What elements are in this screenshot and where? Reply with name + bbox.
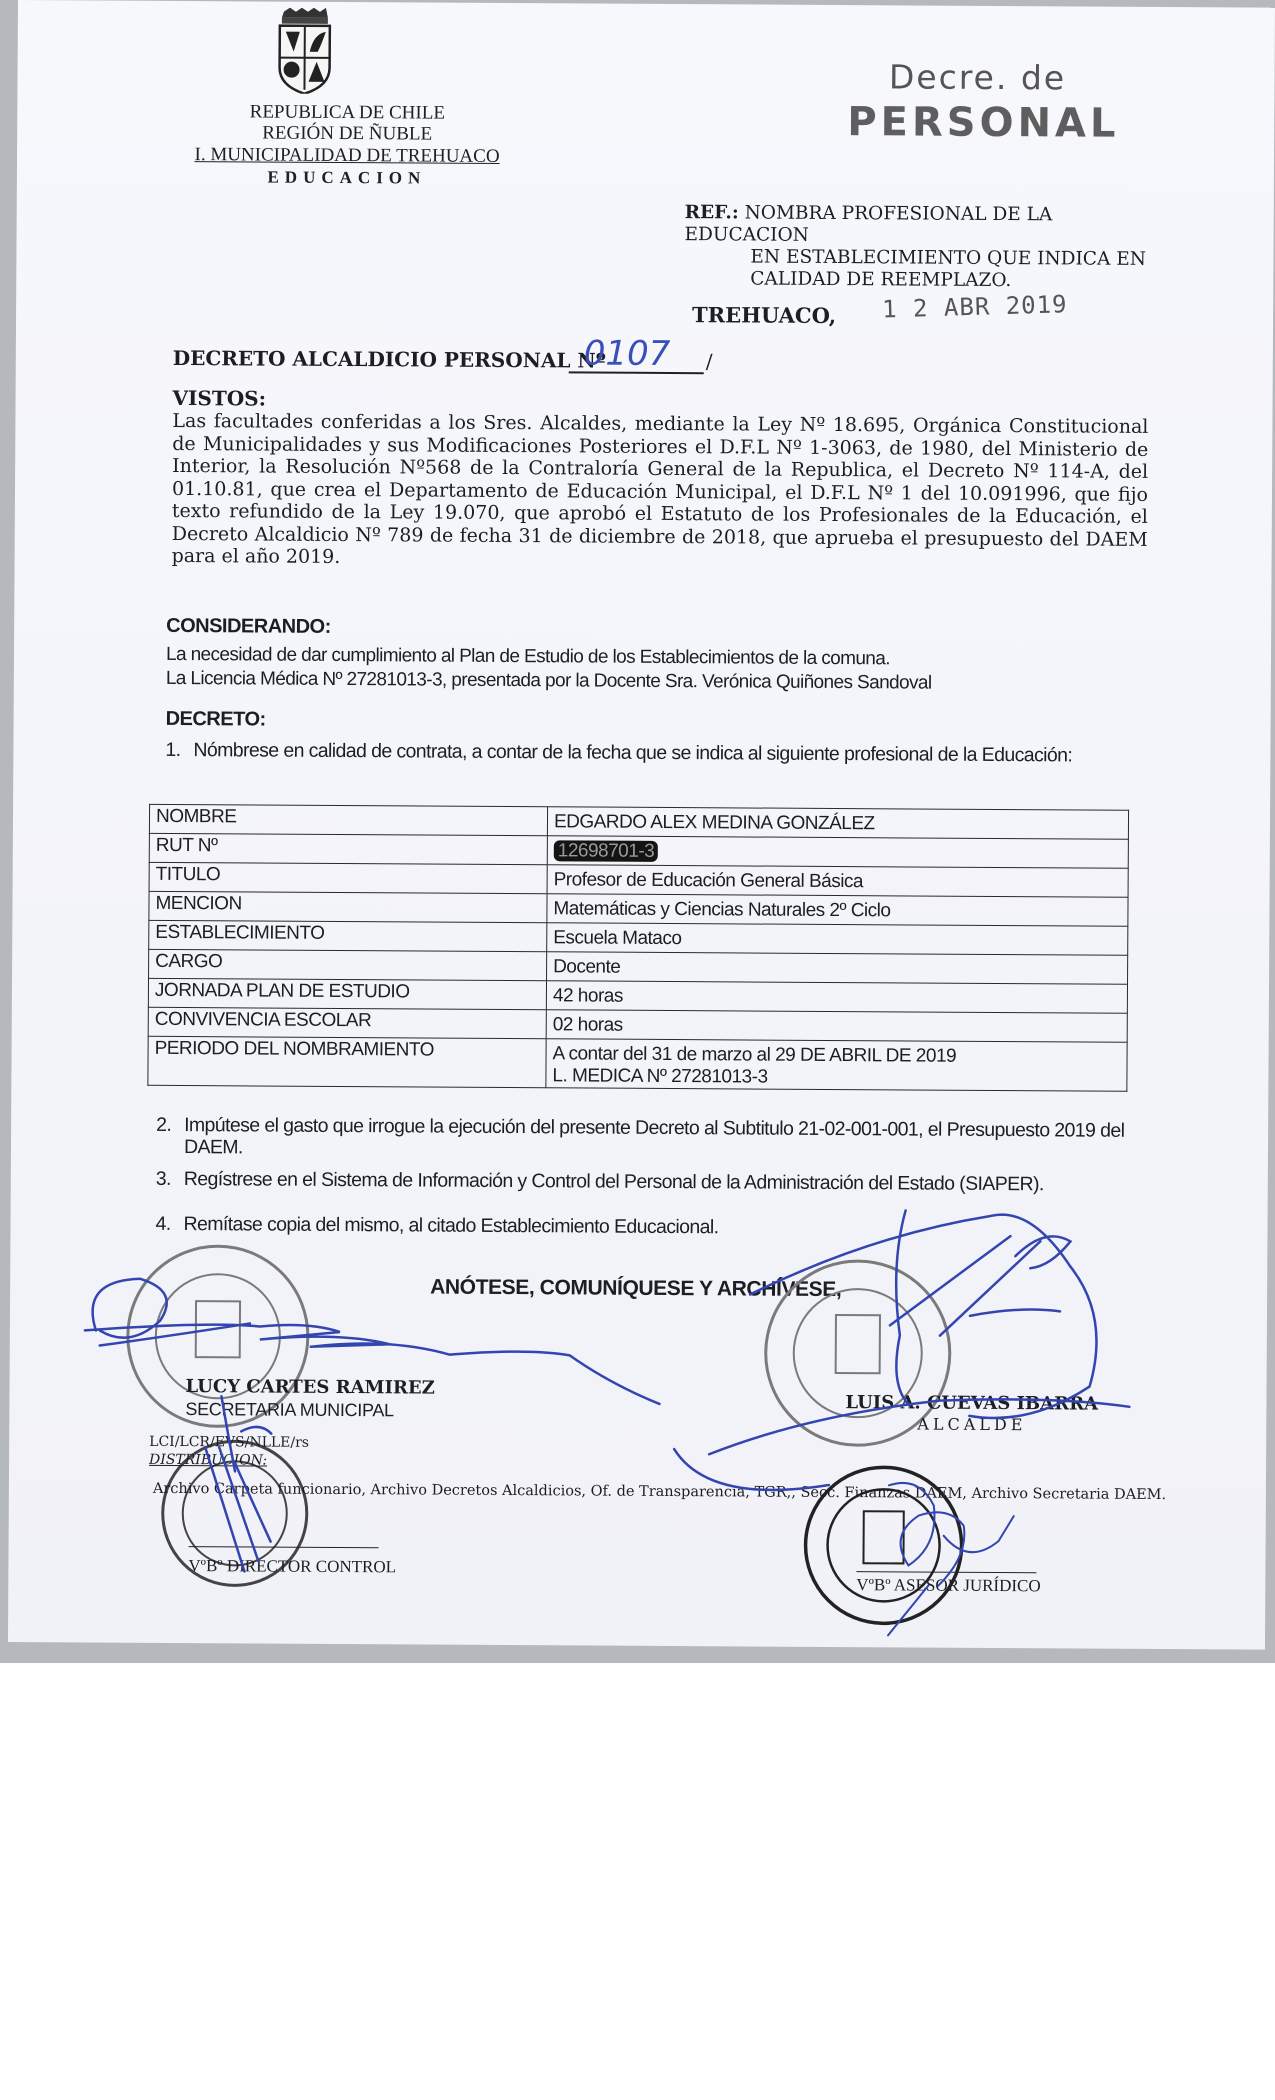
row-label: CARGO: [149, 949, 547, 980]
row-value: Escuela Mataco: [547, 923, 1128, 956]
row-label: RUT Nº: [149, 833, 547, 864]
secretary-role: SECRETARIA MUNICIPAL: [185, 1399, 393, 1421]
distribution-label: DISTRIBUCION:: [149, 1452, 267, 1469]
closing-formula: ANÓTESE, COMUNÍQUESE Y ARCHÍVESE,: [430, 1276, 841, 1303]
legal-approval-label: VºBº ASESOR JURÍDICO: [856, 1575, 1040, 1596]
vistos-title: VISTOS:: [172, 386, 266, 411]
row-label: PERIODO DEL NOMBRAMIENTO: [148, 1036, 546, 1087]
redacted-rut: 12698701-3: [554, 840, 659, 862]
legal-signature-icon: [888, 1483, 1014, 1636]
reference-line-1: NOMBRA PROFESIONAL DE LA EDUCACION: [685, 202, 1053, 245]
document-page: REPUBLICA DE CHILE REGIÓN DE ÑUBLE I. MU…: [8, 0, 1275, 1650]
item-text: Remítase copia del mismo, al citado Esta…: [155, 1213, 1155, 1241]
header-republic: REPUBLICA DE CHILE: [167, 101, 527, 124]
row-label: CONVIVENCIA ESCOLAR: [148, 1007, 546, 1038]
row-value: 42 horas: [546, 981, 1127, 1014]
decree-number-handwritten: 0107: [584, 333, 671, 374]
header-department: EDUCACION: [167, 166, 527, 189]
row-value: Docente: [547, 952, 1128, 985]
date-stamp: 1 2 ABR 2019: [882, 290, 1068, 323]
decree-item-3: 3. Regístrese en el Sistema de Informaci…: [156, 1168, 1166, 1196]
row-value: A contar del 31 de marzo al 29 DE ABRIL …: [546, 1039, 1127, 1092]
row-label: ESTABLECIMIENTO: [149, 920, 547, 951]
city-label: TREHUACO,: [692, 302, 836, 328]
item-text: Impútese el gasto que irrogue la ejecuci…: [156, 1114, 1156, 1164]
header-region: REGIÓN DE ÑUBLE: [167, 122, 527, 145]
reference-label: REF.:: [685, 202, 739, 223]
item-text: Nómbrese en calidad de contrata, a conta…: [165, 739, 1155, 767]
row-value: Matemáticas y Ciencias Naturales 2º Cicl…: [547, 894, 1128, 927]
mayor-name: LUIS A. CUEVAS IBARRA: [845, 1392, 1098, 1415]
decree-item-1: 1. Nómbrese en calidad de contrata, a co…: [165, 739, 1155, 767]
item-number: 1.: [165, 739, 180, 761]
row-value: Profesor de Educación General Básica: [547, 865, 1128, 898]
distribution-list: Archivo Carpeta funcionario, Archivo Dec…: [153, 1481, 1166, 1503]
item-number: 3.: [156, 1168, 171, 1190]
appointment-table: NOMBREEDGARDO ALEX MEDINA GONZÁLEZ RUT N…: [147, 804, 1129, 1092]
medical-license-text: L. MEDICA Nº 27281013-3: [552, 1065, 1120, 1090]
row-label: JORNADA PLAN DE ESTUDIO: [148, 978, 546, 1009]
type-stamp-line2: PERSONAL: [847, 99, 1107, 147]
considerando-line-2: La Licencia Médica Nº 27281013-3, presen…: [166, 667, 1166, 697]
decree-slash: /: [706, 349, 713, 373]
item-text: Regístrese en el Sistema de Información …: [156, 1168, 1166, 1196]
header-municipality: I. MUNICIPALIDAD DE TREHUACO: [167, 144, 527, 167]
mayor-role: ALCALDE: [917, 1415, 1026, 1435]
row-value: 12698701-3: [547, 836, 1128, 869]
control-signature-line: [189, 1546, 379, 1548]
row-label: MENCION: [149, 891, 547, 922]
control-approval-label: VºBº DIRECTOR CONTROL: [188, 1556, 396, 1577]
reference-line-3: CALIDAD DE REEMPLAZO.: [684, 268, 1154, 293]
type-stamp-line1: Decre. de: [847, 57, 1107, 98]
row-label: TITULO: [149, 862, 547, 893]
item-number: 4.: [155, 1213, 170, 1235]
reference-block: REF.: NOMBRA PROFESIONAL DE LA EDUCACION…: [684, 202, 1155, 293]
mayor-signature-icon: [674, 1209, 1131, 1492]
row-label: NOMBRE: [149, 804, 547, 835]
decree-item-2: 2. Impútese el gasto que irrogue la ejec…: [156, 1114, 1156, 1164]
secretary-name: LUCY CARTES RAMIREZ: [185, 1376, 434, 1399]
row-value: EDGARDO ALEX MEDINA GONZÁLEZ: [547, 807, 1128, 840]
decree-title: DECRETO ALCALDICIO PERSONAL Nº: [173, 346, 606, 373]
decreto-section-title: DECRETO:: [166, 708, 266, 732]
table-row: PERIODO DEL NOMBRAMIENTOA contar del 31 …: [148, 1036, 1127, 1091]
item-number: 2.: [156, 1114, 171, 1136]
reference-line-2: EN ESTABLECIMIENTO QUE INDICA EN: [684, 246, 1154, 271]
row-value: 02 horas: [546, 1010, 1127, 1043]
coat-of-arms-icon: [269, 8, 340, 94]
vistos-text: Las facultades conferidas a los Sres. Al…: [172, 410, 1149, 573]
considerando-text: La necesidad de dar cumplimiento al Plan…: [166, 643, 1166, 697]
considerando-title: CONSIDERANDO:: [166, 615, 331, 639]
decree-item-4: 4. Remítase copia del mismo, al citado E…: [155, 1213, 1155, 1241]
drafter-initials: LCI/LCR/EVS/NLLE/rs: [149, 1434, 309, 1451]
legal-signature-line: [856, 1571, 1036, 1573]
